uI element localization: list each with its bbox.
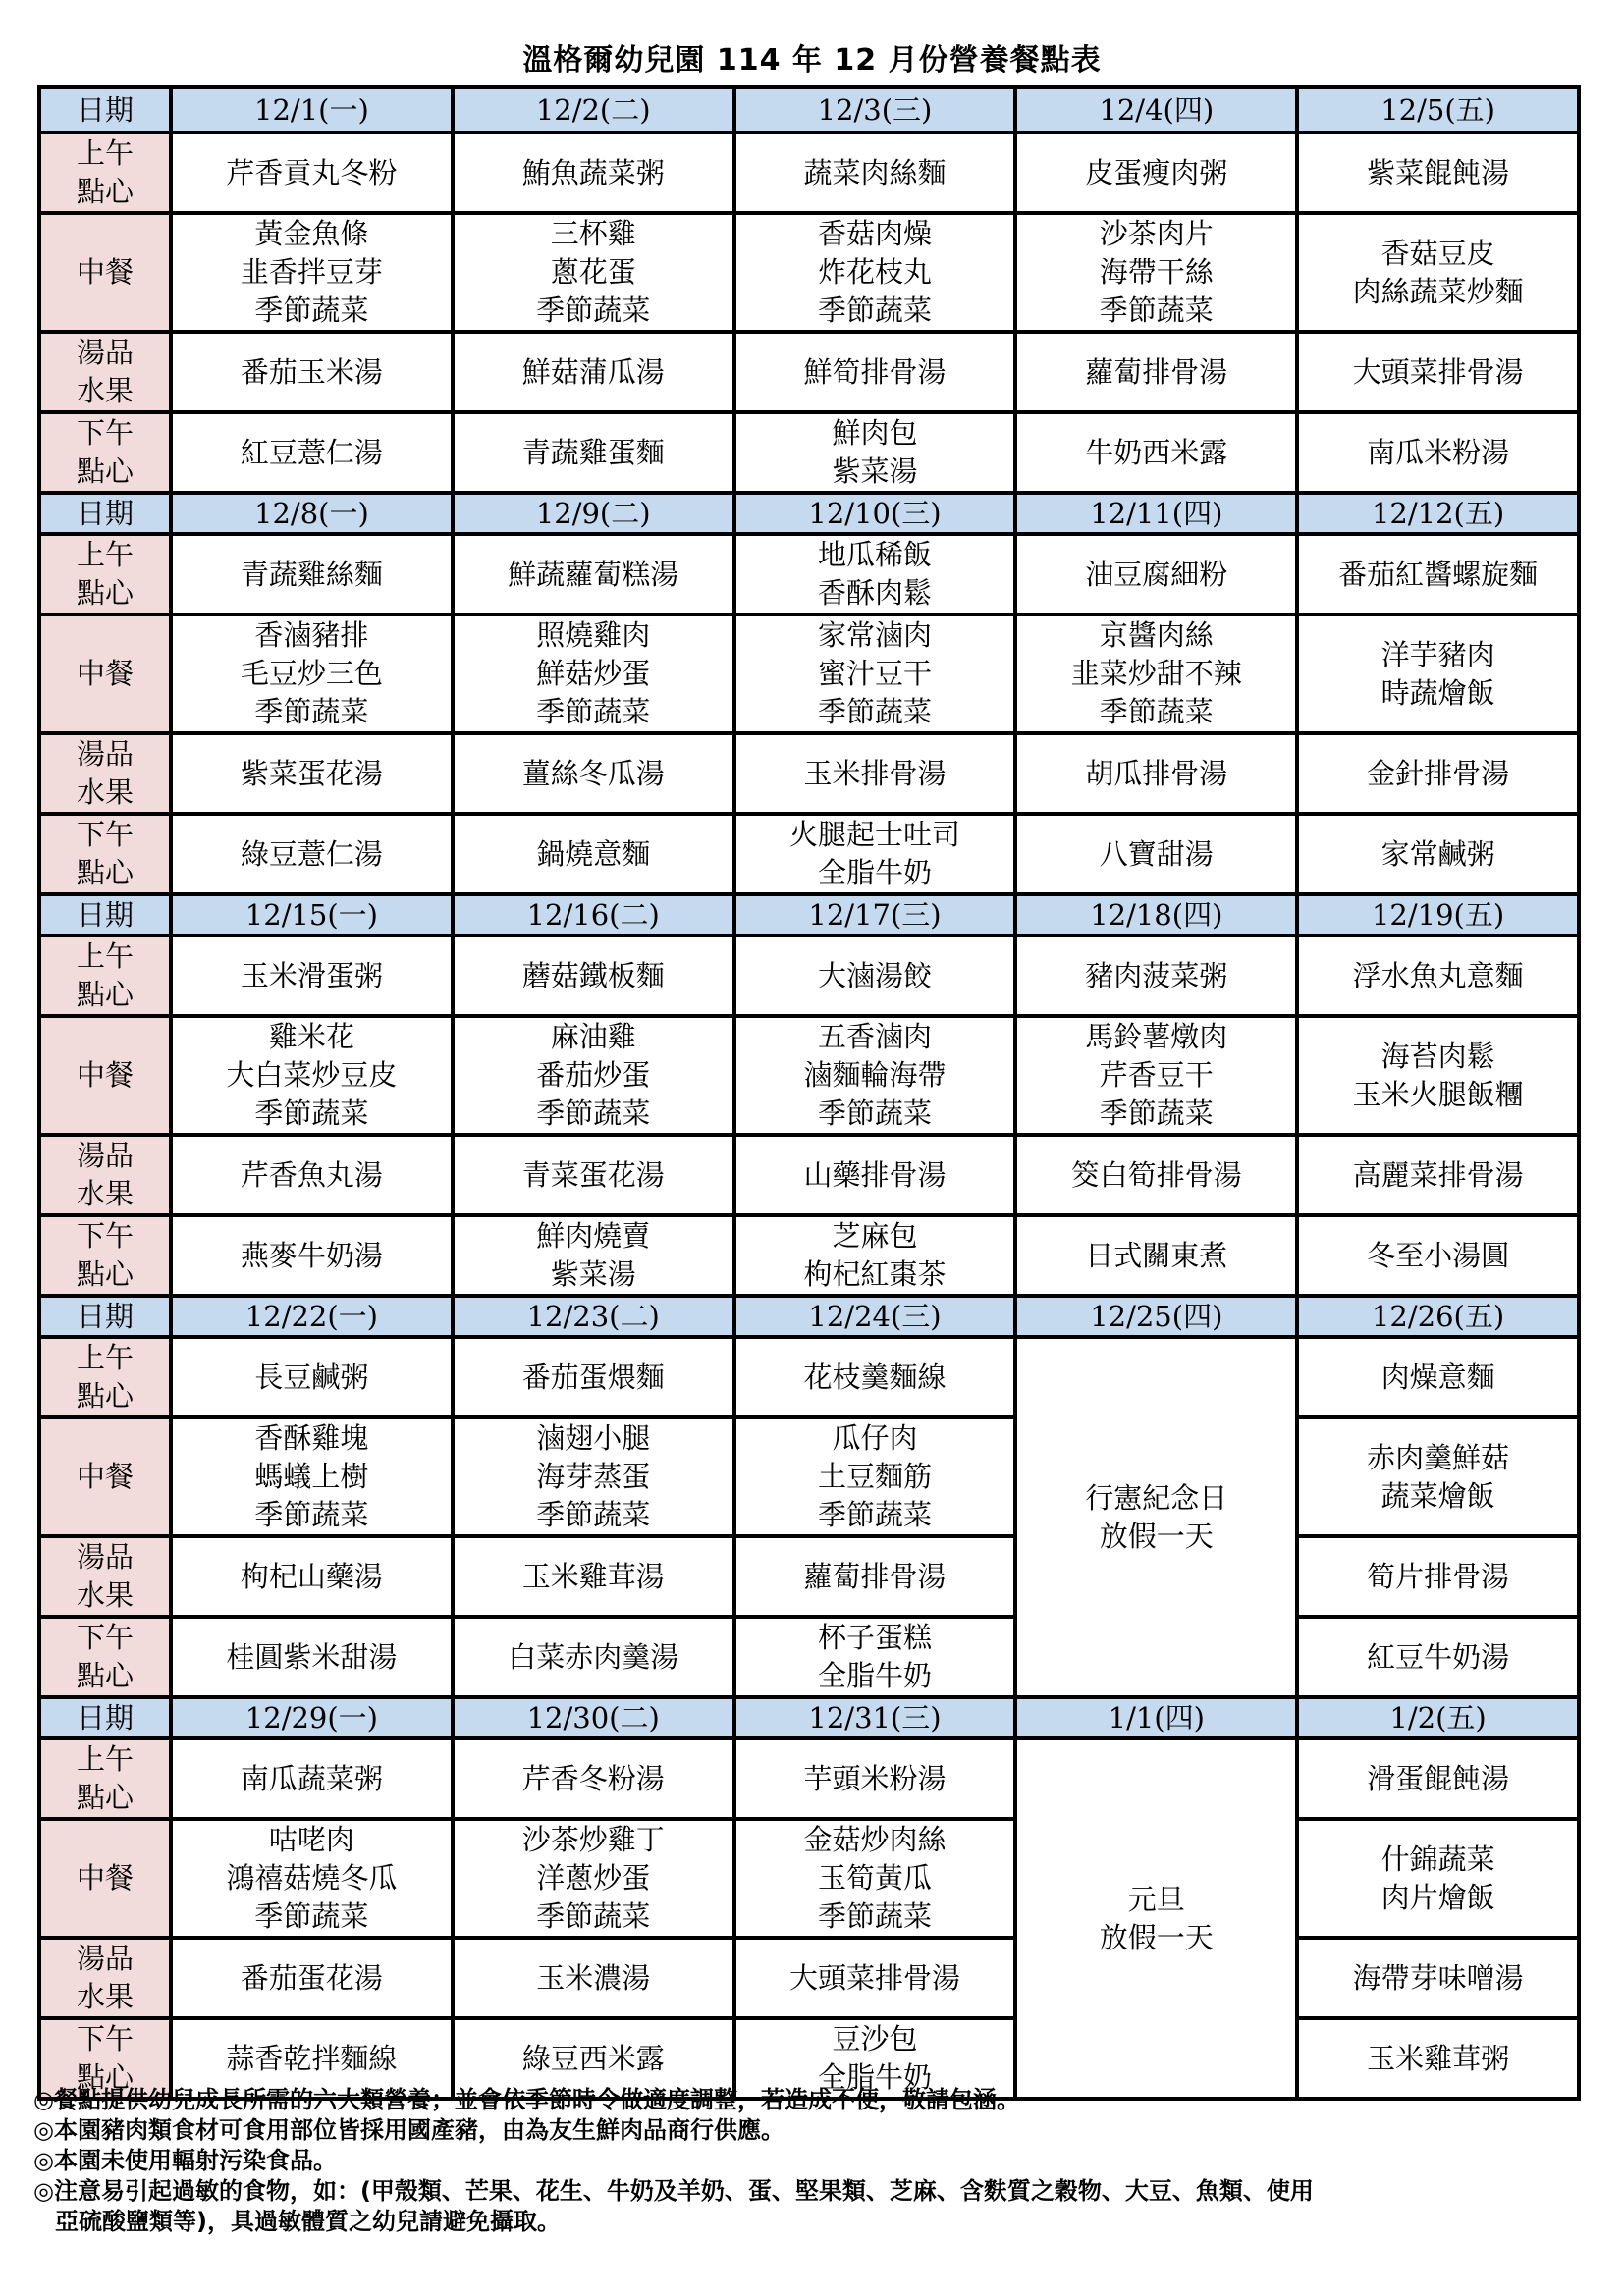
pm-snack-row: 下午點心紅豆薏仁湯青蔬雞蛋麵鮮肉包紫菜湯牛奶西米露南瓜米粉湯	[39, 412, 1579, 493]
label-line: 下午	[41, 816, 169, 854]
menu-cell: 芹香魚丸湯	[171, 1135, 453, 1215]
week-header-row: 日期12/8(一)12/9(二)12/10(三)12/11(四)12/12(五)	[39, 493, 1579, 534]
dish-name: 筊白筍排骨湯	[1017, 1156, 1295, 1195]
dish-name: 韭菜炒甜不辣	[1017, 655, 1295, 693]
label-line: 中餐	[41, 253, 169, 292]
menu-cell: 沙茶肉片海帶干絲季節蔬菜	[1015, 213, 1297, 332]
dish-name: 季節蔬菜	[736, 1095, 1014, 1133]
menu-cell: 杯子蛋糕全脂牛奶	[734, 1617, 1016, 1697]
menu-cell: 鮪魚蔬菜粥	[453, 133, 734, 213]
date-header-cell: 12/29(一)	[171, 1697, 453, 1738]
dish-name: 季節蔬菜	[173, 1496, 451, 1534]
menu-cell: 赤肉羹鮮菇蔬菜燴飯	[1297, 1417, 1579, 1536]
menu-cell: 香滷豬排毛豆炒三色季節蔬菜	[171, 614, 453, 733]
note-pork-source: ◎本園豬肉類食材可食用部位皆採用國產豬，由為友生鮮肉品商行供應。	[33, 2115, 1604, 2146]
dish-name: 季節蔬菜	[1017, 693, 1295, 731]
dish-name: 高麗菜排骨湯	[1299, 1156, 1577, 1195]
soup-fruit-label: 湯品水果	[39, 733, 171, 814]
am-snack-label: 上午點心	[39, 1337, 171, 1417]
notes-section: ◎餐點提供幼兒成長所需的六大類營養；並會依季節時令做適度調整，若造成不便，敬請包…	[33, 2085, 1604, 2237]
dish-name: 紅豆牛奶湯	[1299, 1638, 1577, 1677]
dish-name: 番茄紅醬螺旋麵	[1299, 556, 1577, 594]
label-line: 水果	[41, 372, 169, 410]
pm-snack-label: 下午點心	[39, 412, 171, 493]
label-line: 點心	[41, 173, 169, 211]
label-line: 點心	[41, 976, 169, 1014]
dish-name: 鮪魚蔬菜粥	[455, 154, 732, 192]
menu-cell: 什錦蔬菜肉片燴飯	[1297, 1819, 1579, 1938]
am-snack-row: 上午點心芹香貢丸冬粉鮪魚蔬菜粥蔬菜肉絲麵皮蛋瘦肉粥紫菜餛飩湯	[39, 133, 1579, 213]
dish-name: 青蔬雞蛋麵	[455, 434, 732, 472]
date-header-cell: 12/23(二)	[453, 1296, 734, 1337]
dish-name: 香滷豬排	[173, 616, 451, 655]
dish-name: 季節蔬菜	[736, 693, 1014, 731]
menu-cell: 番茄玉米湯	[171, 332, 453, 412]
dish-name: 青菜蛋花湯	[455, 1156, 732, 1195]
dish-name: 桂圓紫米甜湯	[173, 1638, 451, 1677]
dish-name: 玉筍黃瓜	[736, 1859, 1014, 1897]
soup-fruit-row: 湯品水果枸杞山藥湯玉米雞茸湯蘿蔔排骨湯筍片排骨湯	[39, 1536, 1579, 1617]
menu-cell: 紅豆牛奶湯	[1297, 1617, 1579, 1697]
menu-cell: 火腿起士吐司全脂牛奶	[734, 814, 1016, 894]
menu-cell: 洋芋豬肉時蔬燴飯	[1297, 614, 1579, 733]
date-label: 日期	[39, 87, 171, 133]
menu-cell: 高麗菜排骨湯	[1297, 1135, 1579, 1215]
menu-cell: 滷翅小腿海芽蒸蛋季節蔬菜	[453, 1417, 734, 1536]
dish-name: 瓜仔肉	[736, 1419, 1014, 1458]
label-line: 點心	[41, 574, 169, 613]
am-snack-row: 上午點心青蔬雞絲麵鮮蔬蘿蔔糕湯地瓜稀飯香酥肉鬆油豆腐細粉番茄紅醬螺旋麵	[39, 534, 1579, 614]
soup-fruit-label: 湯品水果	[39, 332, 171, 412]
menu-cell: 馬鈴薯燉肉芹香豆干季節蔬菜	[1015, 1016, 1297, 1135]
dish-name: 日式關東煮	[1017, 1237, 1295, 1275]
dish-name: 長豆鹹粥	[173, 1359, 451, 1397]
menu-cell: 蘑菇鐵板麵	[453, 935, 734, 1016]
label-line: 湯品	[41, 1538, 169, 1576]
menu-cell: 燕麥牛奶湯	[171, 1215, 453, 1296]
dish-name: 肉燥意麵	[1299, 1359, 1577, 1397]
label-line: 下午	[41, 2020, 169, 2058]
label-line: 點心	[41, 453, 169, 491]
dish-name: 季節蔬菜	[1017, 1095, 1295, 1133]
label-line: 上午	[41, 536, 169, 574]
note-allergens-continued: 亞硫酸鹽類等)，具過敏體質之幼兒請避免攝取。	[33, 2207, 1604, 2237]
menu-cell: 大頭菜排骨湯	[1297, 332, 1579, 412]
menu-cell: 香菇肉燥炸花枝丸季節蔬菜	[734, 213, 1016, 332]
label-line: 湯品	[41, 1940, 169, 1978]
label-line: 中餐	[41, 1458, 169, 1496]
date-header-cell: 1/1(四)	[1015, 1697, 1297, 1738]
date-header-cell: 12/11(四)	[1015, 493, 1297, 534]
dish-name: 季節蔬菜	[736, 1897, 1014, 1936]
menu-cell: 金針排骨湯	[1297, 733, 1579, 814]
dish-name: 海帶芽味噌湯	[1299, 1959, 1577, 1998]
menu-cell: 五香滷肉滷麵輪海帶季節蔬菜	[734, 1016, 1016, 1135]
menu-cell: 青蔬雞蛋麵	[453, 412, 734, 493]
dish-name: 豬肉菠菜粥	[1017, 957, 1295, 995]
menu-cell: 芹香貢丸冬粉	[171, 133, 453, 213]
dish-name: 黃金魚條	[173, 215, 451, 253]
menu-cell: 浮水魚丸意麵	[1297, 935, 1579, 1016]
date-header-cell: 12/16(二)	[453, 894, 734, 935]
note-allergens: ◎注意易引起過敏的食物，如：(甲殼類、芒果、花生、牛奶及羊奶、蛋、堅果類、芝麻、…	[33, 2176, 1604, 2207]
dish-name: 芝麻包	[736, 1217, 1014, 1255]
dish-name: 鮮肉燒賣	[455, 1217, 732, 1255]
menu-cell: 大滷湯餃	[734, 935, 1016, 1016]
menu-cell: 番茄蛋花湯	[171, 1938, 453, 2018]
dish-name: 紫菜湯	[455, 1255, 732, 1294]
label-line: 下午	[41, 1619, 169, 1657]
dish-name: 全脂牛奶	[736, 1657, 1014, 1695]
menu-cell: 蔬菜肉絲麵	[734, 133, 1016, 213]
dish-name: 香菇豆皮	[1299, 235, 1577, 273]
menu-cell: 金菇炒肉絲玉筍黃瓜季節蔬菜	[734, 1819, 1016, 1938]
menu-cell: 三杯雞蔥花蛋季節蔬菜	[453, 213, 734, 332]
label-line: 點心	[41, 1779, 169, 1817]
menu-cell: 綠豆薏仁湯	[171, 814, 453, 894]
dish-name: 芹香魚丸湯	[173, 1156, 451, 1195]
menu-cell: 桂圓紫米甜湯	[171, 1617, 453, 1697]
menu-cell: 筍片排骨湯	[1297, 1536, 1579, 1617]
menu-cell: 大頭菜排骨湯	[734, 1938, 1016, 2018]
dish-name: 什錦蔬菜	[1299, 1841, 1577, 1879]
pm-snack-row: 下午點心桂圓紫米甜湯白菜赤肉羹湯杯子蛋糕全脂牛奶紅豆牛奶湯	[39, 1617, 1579, 1697]
label-line: 上午	[41, 134, 169, 173]
dish-name: 蔥花蛋	[455, 253, 732, 292]
soup-fruit-label: 湯品水果	[39, 1135, 171, 1215]
dish-name: 沙茶炒雞丁	[455, 1821, 732, 1859]
pm-snack-label: 下午點心	[39, 1617, 171, 1697]
date-header-cell: 1/2(五)	[1297, 1697, 1579, 1738]
menu-table: 日期12/1(一)12/2(二)12/3(三)12/4(四)12/5(五)上午點…	[37, 85, 1581, 2101]
date-header-cell: 12/3(三)	[734, 87, 1016, 133]
dish-name: 冬至小湯圓	[1299, 1237, 1577, 1275]
menu-cell: 地瓜稀飯香酥肉鬆	[734, 534, 1016, 614]
dish-name: 紫菜湯	[736, 453, 1014, 491]
label-line: 湯品	[41, 334, 169, 372]
date-label: 日期	[39, 1296, 171, 1337]
dish-name: 鴻禧菇燒冬瓜	[173, 1859, 451, 1897]
holiday-text: 放假一天	[1017, 1518, 1295, 1556]
dish-name: 季節蔬菜	[1017, 292, 1295, 330]
menu-cell: 白菜赤肉羹湯	[453, 1617, 734, 1697]
menu-cell: 青蔬雞絲麵	[171, 534, 453, 614]
label-line: 中餐	[41, 655, 169, 693]
menu-cell: 家常滷肉蜜汁豆干季節蔬菜	[734, 614, 1016, 733]
dish-name: 鮮菇蒲瓜湯	[455, 353, 732, 392]
dish-name: 季節蔬菜	[736, 292, 1014, 330]
menu-cell: 芋頭米粉湯	[734, 1738, 1016, 1819]
lunch-row: 中餐咕咾肉鴻禧菇燒冬瓜季節蔬菜沙茶炒雞丁洋蔥炒蛋季節蔬菜金菇炒肉絲玉筍黃瓜季節蔬…	[39, 1819, 1579, 1938]
lunch-label: 中餐	[39, 213, 171, 332]
soup-fruit-label: 湯品水果	[39, 1938, 171, 2018]
date-label: 日期	[39, 493, 171, 534]
dish-name: 番茄玉米湯	[173, 353, 451, 392]
menu-cell: 香酥雞塊螞蟻上樹季節蔬菜	[171, 1417, 453, 1536]
lunch-row: 中餐香滷豬排毛豆炒三色季節蔬菜照燒雞肉鮮菇炒蛋季節蔬菜家常滷肉蜜汁豆干季節蔬菜京…	[39, 614, 1579, 733]
dish-name: 紅豆薏仁湯	[173, 434, 451, 472]
dish-name: 玉米滑蛋粥	[173, 957, 451, 995]
dish-name: 鮮蔬蘿蔔糕湯	[455, 556, 732, 594]
week-header-row: 日期12/15(一)12/16(二)12/17(三)12/18(四)12/19(…	[39, 894, 1579, 935]
label-line: 水果	[41, 1175, 169, 1213]
lunch-row: 中餐黃金魚條韭香拌豆芽季節蔬菜三杯雞蔥花蛋季節蔬菜香菇肉燥炸花枝丸季節蔬菜沙茶肉…	[39, 213, 1579, 332]
menu-cell: 山藥排骨湯	[734, 1135, 1016, 1215]
menu-cell: 蘿蔔排骨湯	[734, 1536, 1016, 1617]
dish-name: 香酥肉鬆	[736, 574, 1014, 613]
dish-name: 鮮筍排骨湯	[736, 353, 1014, 392]
holiday-text: 行憲紀念日	[1017, 1479, 1295, 1518]
label-line: 水果	[41, 1978, 169, 2016]
menu-cell: 芹香冬粉湯	[453, 1738, 734, 1819]
menu-cell: 瓜仔肉土豆麵筋季節蔬菜	[734, 1417, 1016, 1536]
date-header-cell: 12/22(一)	[171, 1296, 453, 1337]
dish-name: 蘑菇鐵板麵	[455, 957, 732, 995]
dish-name: 海帶干絲	[1017, 253, 1295, 292]
week-header-row: 日期12/29(一)12/30(二)12/31(三)1/1(四)1/2(五)	[39, 1697, 1579, 1738]
dish-name: 麻油雞	[455, 1018, 732, 1056]
date-header-cell: 12/30(二)	[453, 1697, 734, 1738]
dish-name: 季節蔬菜	[173, 292, 451, 330]
lunch-label: 中餐	[39, 1819, 171, 1938]
menu-cell: 鍋燒意麵	[453, 814, 734, 894]
dish-name: 芹香冬粉湯	[455, 1760, 732, 1798]
dish-name: 五香滷肉	[736, 1018, 1014, 1056]
dish-name: 海苔肉鬆	[1299, 1038, 1577, 1076]
menu-cell: 紫菜餛飩湯	[1297, 133, 1579, 213]
dish-name: 杯子蛋糕	[736, 1619, 1014, 1657]
menu-cell: 玉米排骨湯	[734, 733, 1016, 814]
menu-cell: 芝麻包枸杞紅棗茶	[734, 1215, 1016, 1296]
lunch-row: 中餐雞米花大白菜炒豆皮季節蔬菜麻油雞番茄炒蛋季節蔬菜五香滷肉滷麵輪海帶季節蔬菜馬…	[39, 1016, 1579, 1135]
menu-cell: 鮮菇蒲瓜湯	[453, 332, 734, 412]
date-header-cell: 12/5(五)	[1297, 87, 1579, 133]
dish-name: 季節蔬菜	[455, 1897, 732, 1936]
dish-name: 枸杞山藥湯	[173, 1558, 451, 1596]
soup-fruit-row: 湯品水果紫菜蛋花湯薑絲冬瓜湯玉米排骨湯胡瓜排骨湯金針排骨湯	[39, 733, 1579, 814]
dish-name: 季節蔬菜	[173, 1897, 451, 1936]
soup-fruit-row: 湯品水果番茄蛋花湯玉米濃湯大頭菜排骨湯海帶芽味噌湯	[39, 1938, 1579, 2018]
label-line: 水果	[41, 774, 169, 812]
dish-name: 滷翅小腿	[455, 1419, 732, 1458]
date-header-cell: 12/31(三)	[734, 1697, 1016, 1738]
menu-cell: 雞米花大白菜炒豆皮季節蔬菜	[171, 1016, 453, 1135]
menu-cell: 薑絲冬瓜湯	[453, 733, 734, 814]
dish-name: 家常鹹粥	[1299, 835, 1577, 874]
dish-name: 季節蔬菜	[455, 1095, 732, 1133]
date-header-cell: 12/2(二)	[453, 87, 734, 133]
dish-name: 玉米排骨湯	[736, 755, 1014, 793]
menu-cell: 冬至小湯圓	[1297, 1215, 1579, 1296]
label-line: 湯品	[41, 735, 169, 774]
dish-name: 雞米花	[173, 1018, 451, 1056]
dish-name: 大頭菜排骨湯	[736, 1959, 1014, 1998]
dish-name: 蘿蔔排骨湯	[736, 1558, 1014, 1596]
am-snack-label: 上午點心	[39, 534, 171, 614]
dish-name: 大白菜炒豆皮	[173, 1056, 451, 1095]
dish-name: 枸杞紅棗茶	[736, 1255, 1014, 1294]
menu-cell: 麻油雞番茄炒蛋季節蔬菜	[453, 1016, 734, 1135]
label-line: 下午	[41, 414, 169, 453]
soup-fruit-label: 湯品水果	[39, 1536, 171, 1617]
dish-name: 鮮肉包	[736, 414, 1014, 453]
dish-name: 家常滷肉	[736, 616, 1014, 655]
dish-name: 八寶甜湯	[1017, 835, 1295, 874]
date-header-cell: 12/18(四)	[1015, 894, 1297, 935]
menu-cell: 玉米濃湯	[453, 1938, 734, 2018]
menu-cell: 筊白筍排骨湯	[1015, 1135, 1297, 1215]
label-line: 上午	[41, 1740, 169, 1779]
dish-name: 燕麥牛奶湯	[173, 1237, 451, 1275]
menu-cell: 玉米雞茸湯	[453, 1536, 734, 1617]
date-header-cell: 12/4(四)	[1015, 87, 1297, 133]
date-label: 日期	[39, 1697, 171, 1738]
label-line: 上午	[41, 1339, 169, 1377]
dish-name: 季節蔬菜	[455, 693, 732, 731]
am-snack-row: 上午點心南瓜蔬菜粥芹香冬粉湯芋頭米粉湯元旦放假一天滑蛋餛飩湯	[39, 1738, 1579, 1819]
dish-name: 蔬菜肉絲麵	[736, 154, 1014, 192]
dish-name: 季節蔬菜	[173, 1095, 451, 1133]
menu-cell: 胡瓜排骨湯	[1015, 733, 1297, 814]
menu-cell: 玉米滑蛋粥	[171, 935, 453, 1016]
dish-name: 地瓜稀飯	[736, 536, 1014, 574]
menu-cell: 南瓜米粉湯	[1297, 412, 1579, 493]
dish-name: 滷麵輪海帶	[736, 1056, 1014, 1095]
label-line: 點心	[41, 854, 169, 892]
menu-cell: 海帶芽味噌湯	[1297, 1938, 1579, 2018]
menu-cell: 香菇豆皮肉絲蔬菜炒麵	[1297, 213, 1579, 332]
label-line: 中餐	[41, 1056, 169, 1095]
dish-name: 滑蛋餛飩湯	[1299, 1760, 1577, 1798]
menu-cell: 肉燥意麵	[1297, 1337, 1579, 1417]
dish-name: 時蔬燴飯	[1299, 674, 1577, 713]
dish-name: 三杯雞	[455, 215, 732, 253]
dish-name: 沙茶肉片	[1017, 215, 1295, 253]
note-radiation: ◎本園未使用輻射污染食品。	[33, 2146, 1604, 2176]
dish-name: 鍋燒意麵	[455, 835, 732, 874]
dish-name: 玉米濃湯	[455, 1959, 732, 1998]
label-line: 點心	[41, 1255, 169, 1294]
lunch-label: 中餐	[39, 614, 171, 733]
dish-name: 番茄炒蛋	[455, 1056, 732, 1095]
dish-name: 胡瓜排骨湯	[1017, 755, 1295, 793]
dish-name: 咕咾肉	[173, 1821, 451, 1859]
menu-cell: 黃金魚條韭香拌豆芽季節蔬菜	[171, 213, 453, 332]
menu-cell: 鮮肉包紫菜湯	[734, 412, 1016, 493]
pm-snack-row: 下午點心燕麥牛奶湯鮮肉燒賣紫菜湯芝麻包枸杞紅棗茶日式關東煮冬至小湯圓	[39, 1215, 1579, 1296]
menu-cell: 青菜蛋花湯	[453, 1135, 734, 1215]
am-snack-label: 上午點心	[39, 1738, 171, 1819]
dish-name: 番茄蛋花湯	[173, 1959, 451, 1998]
dish-name: 豆沙包	[736, 2020, 1014, 2058]
dish-name: 玉米雞茸湯	[455, 1558, 732, 1596]
dish-name: 鮮菇炒蛋	[455, 655, 732, 693]
dish-name: 螞蟻上樹	[173, 1458, 451, 1496]
dish-name: 芋頭米粉湯	[736, 1760, 1014, 1798]
dish-name: 玉米火腿飯糰	[1299, 1076, 1577, 1114]
menu-cell: 蘿蔔排骨湯	[1015, 332, 1297, 412]
dish-name: 芹香貢丸冬粉	[173, 154, 451, 192]
dish-name: 火腿起士吐司	[736, 816, 1014, 854]
dish-name: 青蔬雞絲麵	[173, 556, 451, 594]
dish-name: 肉片燴飯	[1299, 1879, 1577, 1917]
date-header-cell: 12/24(三)	[734, 1296, 1016, 1337]
dish-name: 赤肉羹鮮菇	[1299, 1439, 1577, 1477]
dish-name: 山藥排骨湯	[736, 1156, 1014, 1195]
pm-snack-row: 下午點心綠豆薏仁湯鍋燒意麵火腿起士吐司全脂牛奶八寶甜湯家常鹹粥	[39, 814, 1579, 894]
menu-cell: 京醬肉絲韭菜炒甜不辣季節蔬菜	[1015, 614, 1297, 733]
dish-name: 芹香豆干	[1017, 1056, 1295, 1095]
dish-name: 肉絲蔬菜炒麵	[1299, 273, 1577, 311]
am-snack-row: 上午點心長豆鹹粥番茄蛋煨麵花枝羹麵線行憲紀念日放假一天肉燥意麵	[39, 1337, 1579, 1417]
menu-cell: 日式關東煮	[1015, 1215, 1297, 1296]
dish-name: 蔬菜燴飯	[1299, 1477, 1577, 1516]
date-header-cell: 12/17(三)	[734, 894, 1016, 935]
lunch-label: 中餐	[39, 1417, 171, 1536]
dish-name: 大滷湯餃	[736, 957, 1014, 995]
label-line: 點心	[41, 1657, 169, 1695]
dish-name: 土豆麵筋	[736, 1458, 1014, 1496]
date-header-cell: 12/26(五)	[1297, 1296, 1579, 1337]
label-line: 水果	[41, 1576, 169, 1615]
lunch-row: 中餐香酥雞塊螞蟻上樹季節蔬菜滷翅小腿海芽蒸蛋季節蔬菜瓜仔肉土豆麵筋季節蔬菜赤肉羹…	[39, 1417, 1579, 1536]
dish-name: 南瓜米粉湯	[1299, 434, 1577, 472]
menu-cell: 咕咾肉鴻禧菇燒冬瓜季節蔬菜	[171, 1819, 453, 1938]
dish-name: 番茄蛋煨麵	[455, 1359, 732, 1397]
am-snack-label: 上午點心	[39, 935, 171, 1016]
dish-name: 蜜汁豆干	[736, 655, 1014, 693]
date-label: 日期	[39, 894, 171, 935]
holiday-text: 元旦	[1017, 1881, 1295, 1919]
dish-name: 季節蔬菜	[455, 1496, 732, 1534]
soup-fruit-row: 湯品水果芹香魚丸湯青菜蛋花湯山藥排骨湯筊白筍排骨湯高麗菜排骨湯	[39, 1135, 1579, 1215]
menu-cell: 花枝羹麵線	[734, 1337, 1016, 1417]
label-line: 點心	[41, 1377, 169, 1415]
menu-cell: 滑蛋餛飩湯	[1297, 1738, 1579, 1819]
menu-cell: 鮮筍排骨湯	[734, 332, 1016, 412]
dish-name: 紫菜蛋花湯	[173, 755, 451, 793]
lunch-label: 中餐	[39, 1016, 171, 1135]
pm-snack-label: 下午點心	[39, 1215, 171, 1296]
dish-name: 京醬肉絲	[1017, 616, 1295, 655]
date-header-cell: 12/1(一)	[171, 87, 453, 133]
menu-cell: 紫菜蛋花湯	[171, 733, 453, 814]
menu-cell: 牛奶西米露	[1015, 412, 1297, 493]
dish-name: 皮蛋瘦肉粥	[1017, 154, 1295, 192]
dish-name: 紫菜餛飩湯	[1299, 154, 1577, 192]
menu-cell: 照燒雞肉鮮菇炒蛋季節蔬菜	[453, 614, 734, 733]
dish-name: 韭香拌豆芽	[173, 253, 451, 292]
menu-cell: 豬肉菠菜粥	[1015, 935, 1297, 1016]
dish-name: 照燒雞肉	[455, 616, 732, 655]
label-line: 上午	[41, 937, 169, 976]
menu-cell: 鮮肉燒賣紫菜湯	[453, 1215, 734, 1296]
dish-name: 蒜香乾拌麵線	[173, 2040, 451, 2078]
dish-name: 馬鈴薯燉肉	[1017, 1018, 1295, 1056]
dish-name: 綠豆薏仁湯	[173, 835, 451, 874]
dish-name: 油豆腐細粉	[1017, 556, 1295, 594]
menu-cell: 枸杞山藥湯	[171, 1536, 453, 1617]
dish-name: 浮水魚丸意麵	[1299, 957, 1577, 995]
dish-name: 香酥雞塊	[173, 1419, 451, 1458]
date-header-cell: 12/25(四)	[1015, 1296, 1297, 1337]
dish-name: 洋芋豬肉	[1299, 636, 1577, 674]
dish-name: 洋蔥炒蛋	[455, 1859, 732, 1897]
menu-cell: 家常鹹粥	[1297, 814, 1579, 894]
note-nutrition: ◎餐點提供幼兒成長所需的六大類營養；並會依季節時令做適度調整，若造成不便，敬請包…	[33, 2085, 1604, 2115]
dish-name: 薑絲冬瓜湯	[455, 755, 732, 793]
dish-name: 蘿蔔排骨湯	[1017, 353, 1295, 392]
